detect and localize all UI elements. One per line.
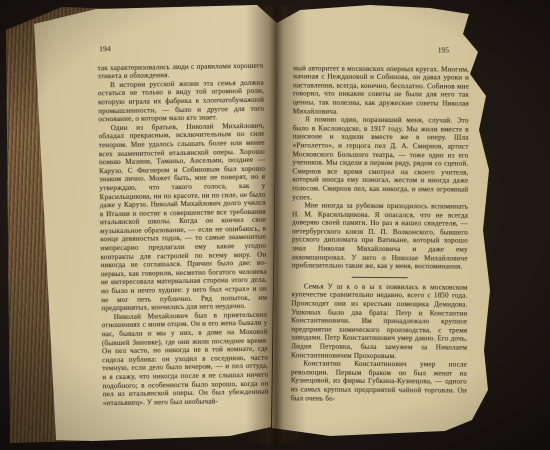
book-photo: 194 так характеризовались люди с правила… [0, 0, 550, 450]
right-page-number: 195 [293, 45, 469, 55]
paragraph: Мне иногда за рубежом приходилось вспоми… [292, 201, 468, 271]
section-divider [352, 277, 408, 278]
left-page-text: 194 так характеризовались люди с правила… [97, 43, 269, 408]
paragraph: ный авторитет в московских оперных круга… [293, 64, 469, 117]
paragraph: Константин Константинович умер после рев… [291, 360, 467, 404]
right-page-text: 195 ный авторитет в московских оперных к… [291, 45, 469, 403]
paragraph: Один из братьев, Николай Михайлович, обл… [98, 121, 267, 313]
paragraph: Я помню один, поразивший меня, случай. Э… [292, 116, 469, 203]
gutter-shadow [246, 6, 306, 444]
paragraph: Николай Михайлович был в приятельских от… [101, 310, 268, 407]
paragraph: В истории русской жизни эта семья должна… [98, 78, 265, 124]
paragraph: Семья У ш к о в ы х появилась в московск… [291, 282, 468, 361]
left-page-number: 194 [97, 43, 263, 54]
